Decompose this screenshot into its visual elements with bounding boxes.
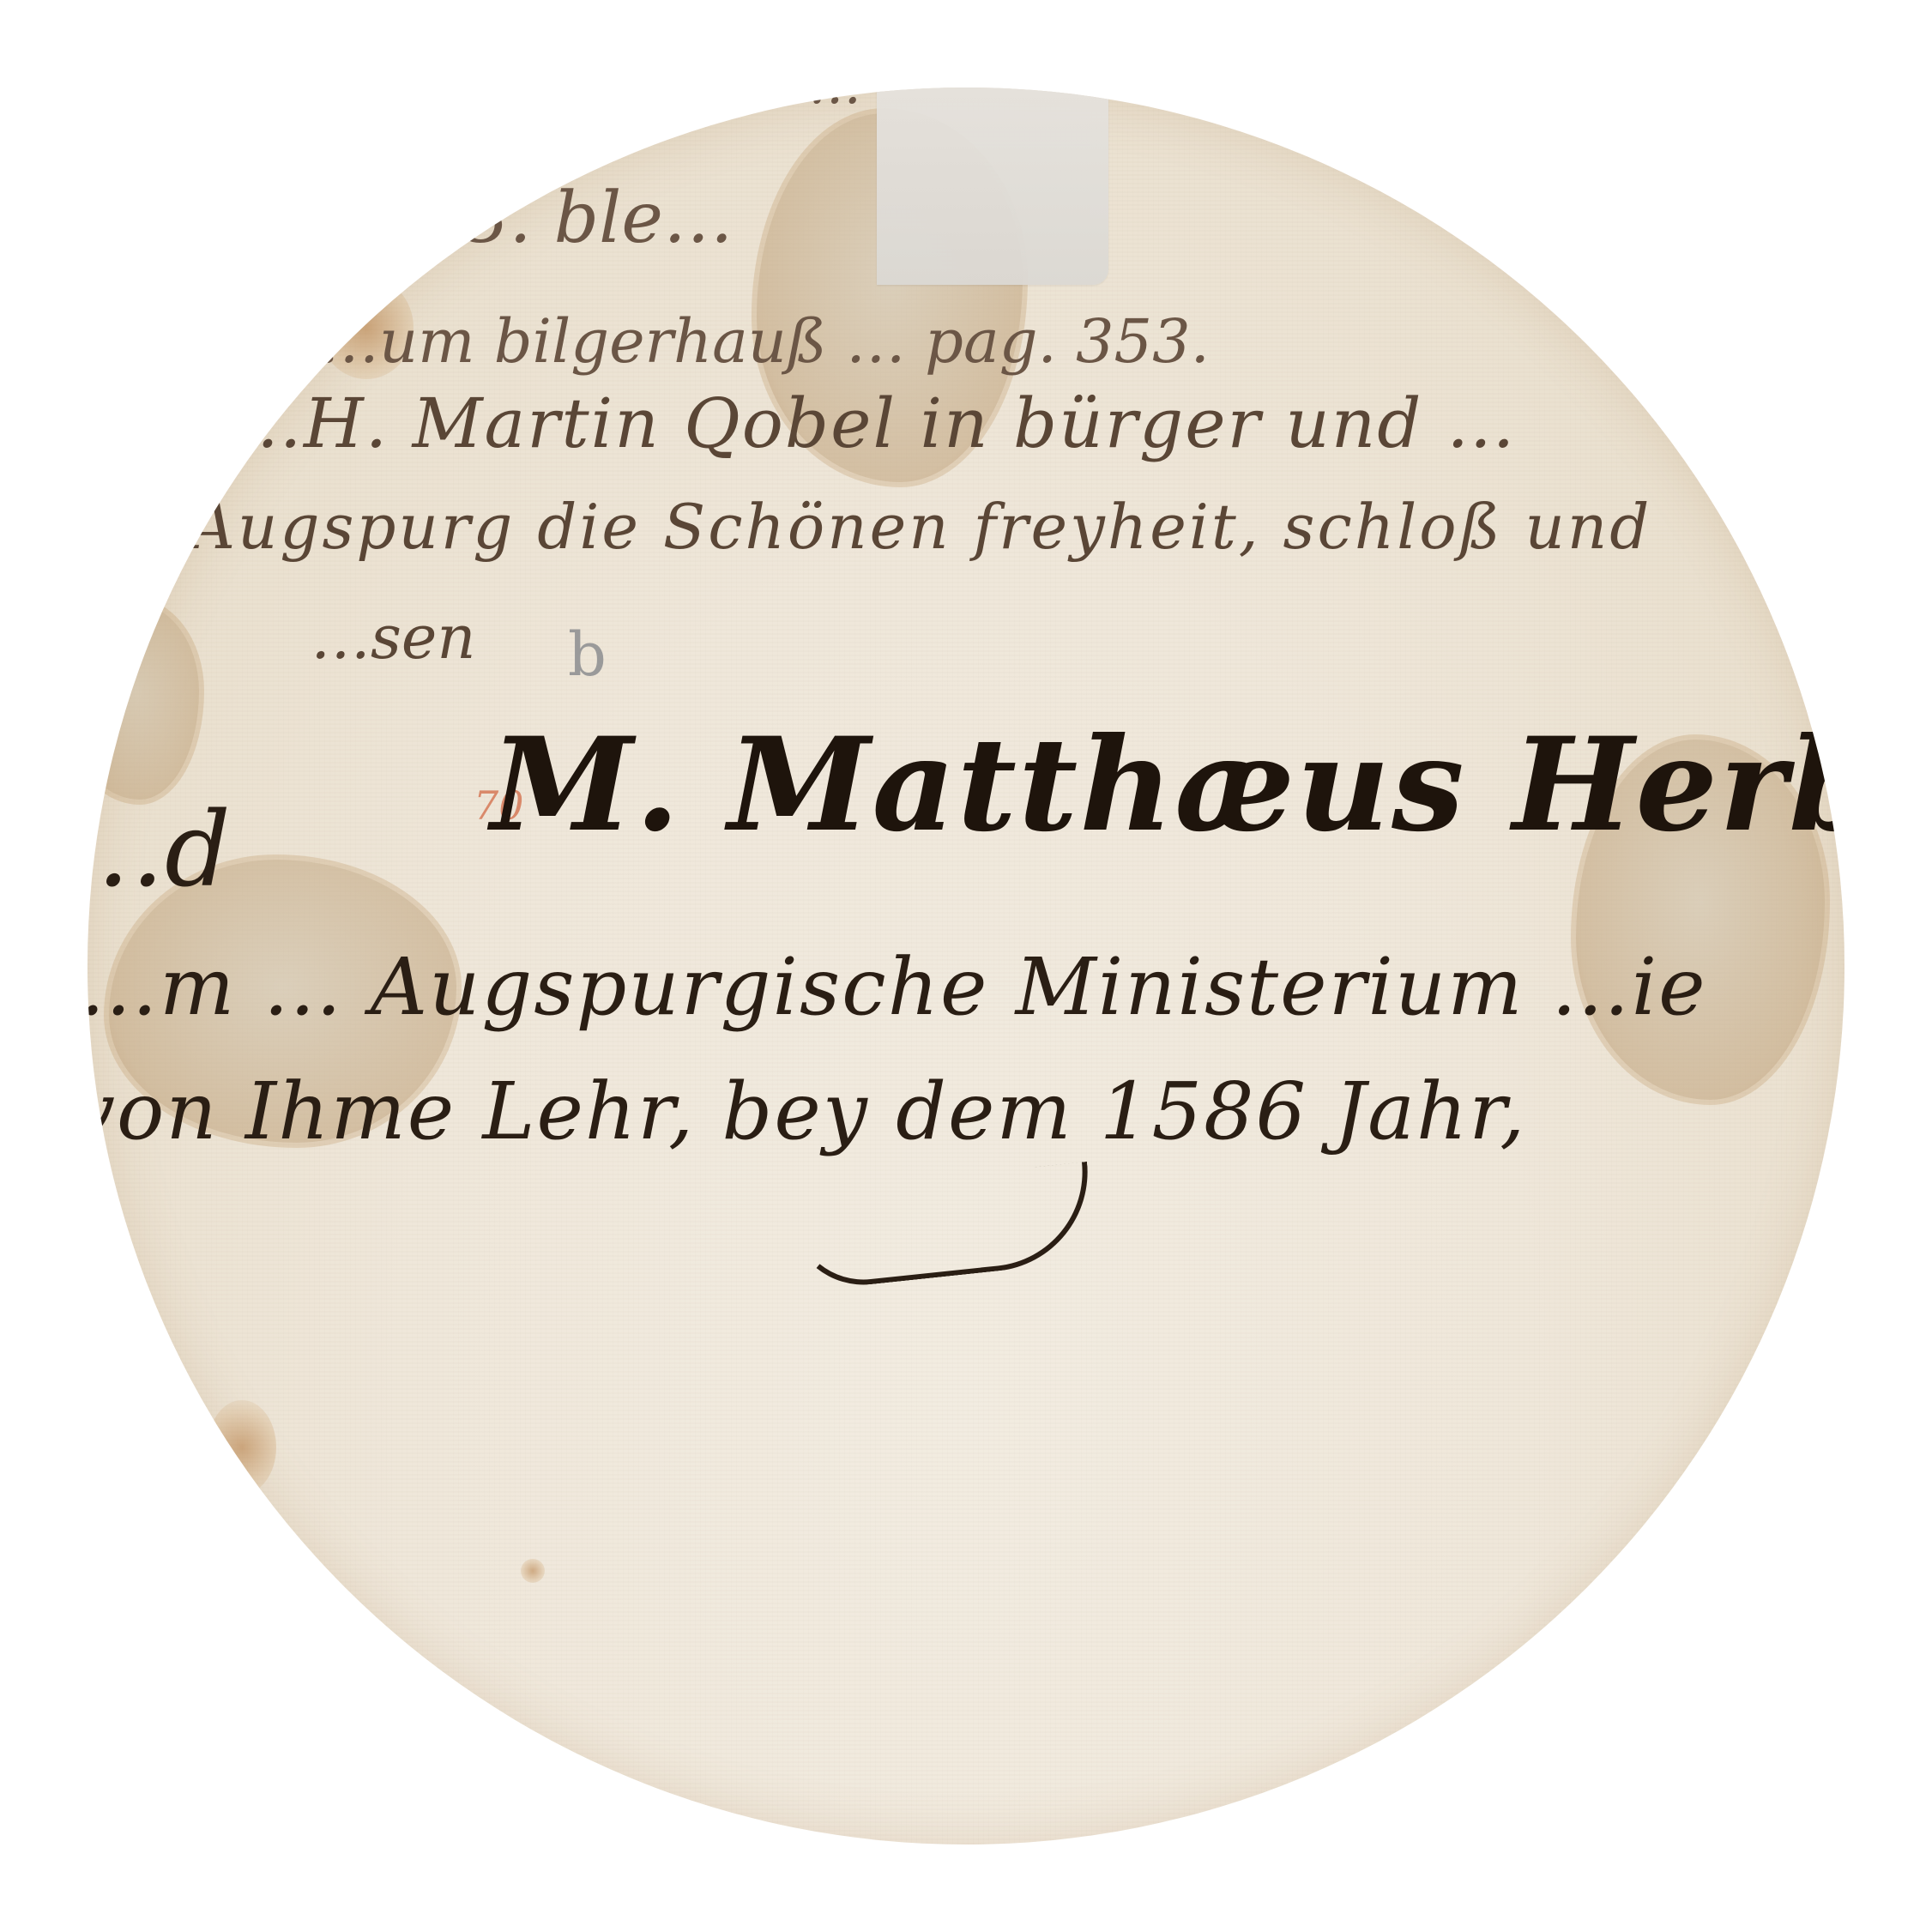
text-bilgerhaus-line: …um bilgerhauß … pag. 353.	[319, 306, 1210, 377]
text-ministerium-line: …m … Augspurgische Ministerium …ie	[88, 941, 1707, 1033]
rust-spot-lower-left	[208, 1400, 276, 1494]
text-sen-fragment: …sen	[311, 602, 475, 673]
text-martin-line: …H. Martin Qobel in bürger und …	[233, 383, 1517, 463]
text-left-fragment: …d	[88, 791, 231, 910]
pencil-mark: b	[568, 619, 607, 690]
text-year-line: von Ihme Lehr, bey dem 1586 Jahr,	[88, 1066, 1526, 1157]
text-top-fragment: … a … …	[619, 88, 861, 116]
manuscript-disc: … a … … 253. ble… …um bilgerhauß … pag. …	[88, 88, 1844, 1844]
rust-spot-small	[521, 1559, 545, 1583]
text-page-ref: 253. ble…	[375, 178, 734, 259]
tape-strip	[877, 88, 1108, 285]
heading-name: M. Matthæus Herbst …	[491, 709, 1844, 860]
text-augsburg-line: Augspurg die Schönen freyheit, schloß un…	[190, 491, 1651, 563]
